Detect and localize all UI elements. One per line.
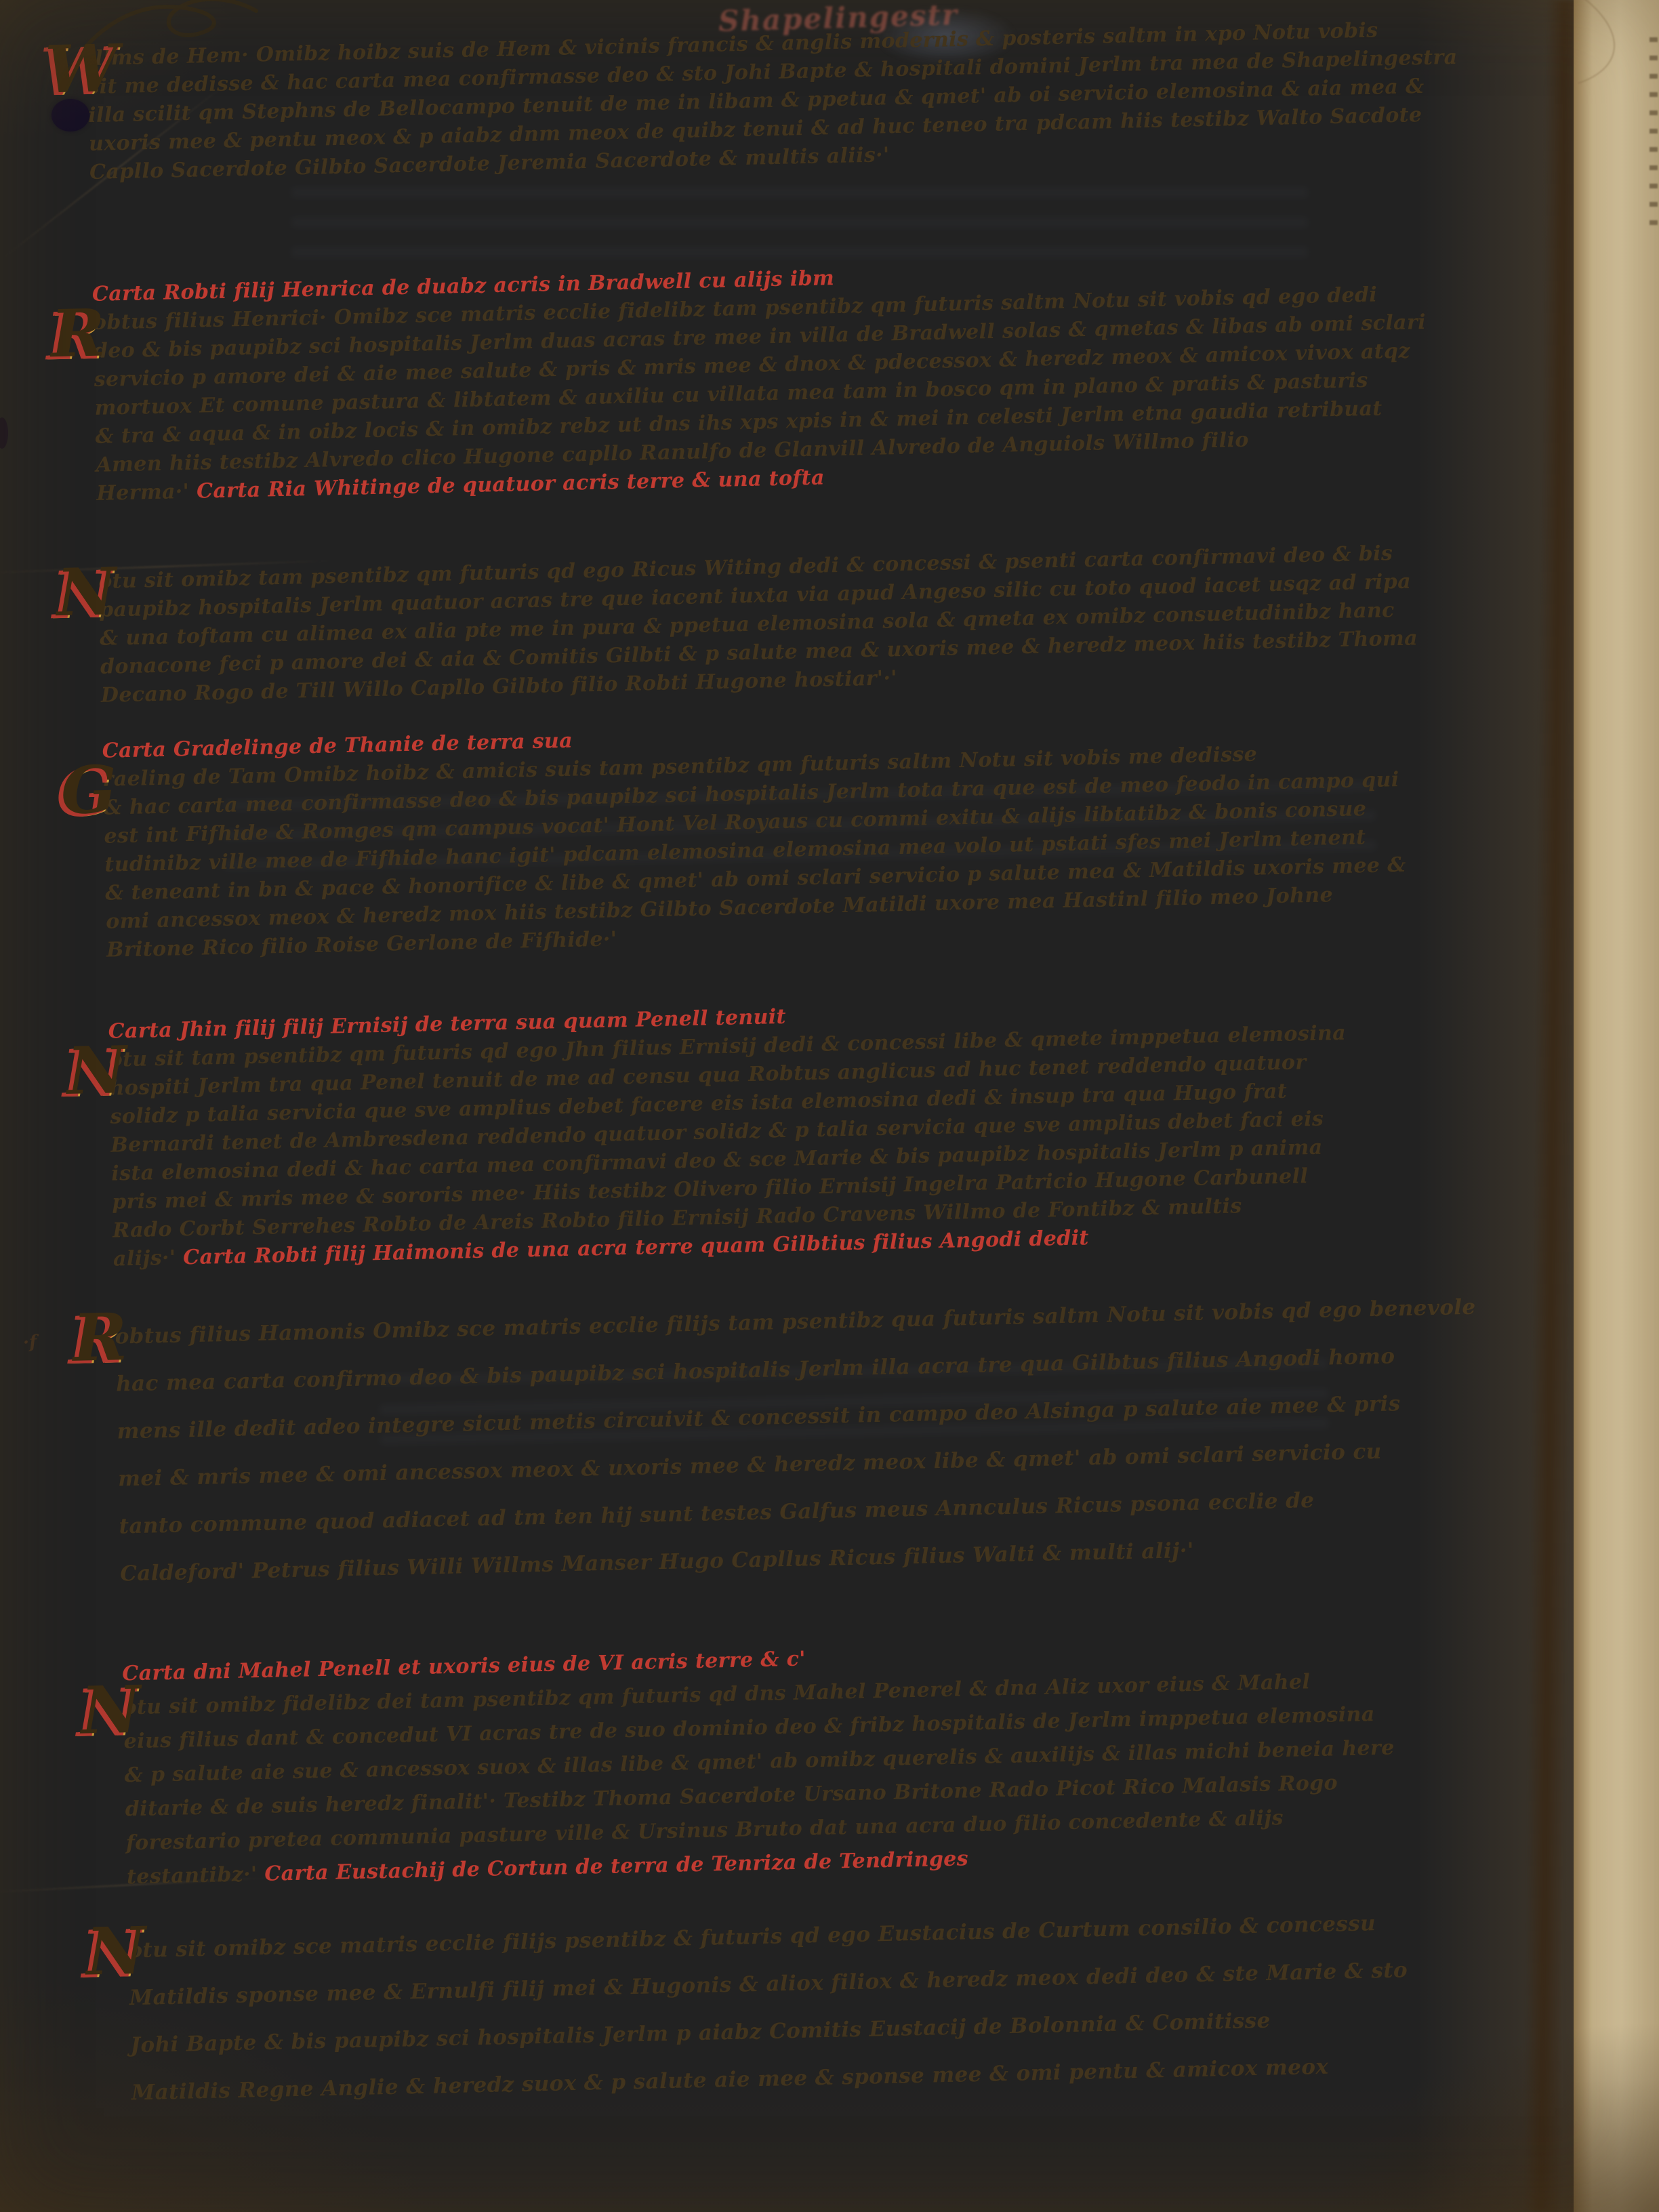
charter-mahel-penell-et-uxoris: NNCarta dni Mahel Penell et uxoris eius …: [122, 1626, 1570, 1894]
charter-text: Herma·': [96, 480, 197, 506]
illuminated-initial: NN: [85, 1917, 162, 2006]
illuminated-initial: GG: [60, 756, 137, 845]
illuminated-initial: NN: [81, 1675, 157, 1765]
illuminated-initial: NN: [66, 1036, 143, 1126]
charter-willelmi-de-hem: WWillms de Hem· Omibz hoibz suis de Hem …: [87, 14, 1533, 187]
adjacent-page-text-edge: [1650, 35, 1658, 225]
charter-rici-whitinge: NNotu sit omibz tam psentibz qm futuris …: [98, 536, 1544, 710]
adjacent-page: [1574, 0, 1659, 2212]
illuminated-initial: RR: [73, 1303, 149, 1393]
margin-note: ·f: [22, 1332, 37, 1353]
manuscript-page: Shapelingestr ·f WWillms de Hem· Omibz h…: [0, 0, 1659, 2212]
charter-eustachii-de-cortun: NNotu sit omibz sce matris ecclie filijs…: [128, 1896, 1576, 2116]
illuminated-initial: WW: [45, 35, 121, 124]
charter-gradelinge-de-thanie: GGCarta Gradelinge de Thanie de terra su…: [102, 705, 1550, 964]
charter-text: testantibz·': [127, 1862, 265, 1889]
illuminated-initial: NN: [56, 558, 133, 647]
ink-blot-edge: [0, 417, 8, 449]
text-column: WWillms de Hem· Omibz hoibz suis de Hem …: [87, 14, 1575, 2117]
illuminated-initial: RR: [50, 299, 127, 388]
charter-johannis-filii-ernisii: NNCarta Jhin filij filij Ernisij de terr…: [108, 986, 1557, 1273]
charter-robti-filii-haimonis: RRobtus filius Hamonis Omibz sce matris …: [115, 1282, 1564, 1597]
charter-robti-filii-henrici-de-bradwell: RRCarta Robti filij Henrica de duabz acr…: [92, 249, 1540, 508]
charter-text: alijs·': [113, 1246, 184, 1271]
